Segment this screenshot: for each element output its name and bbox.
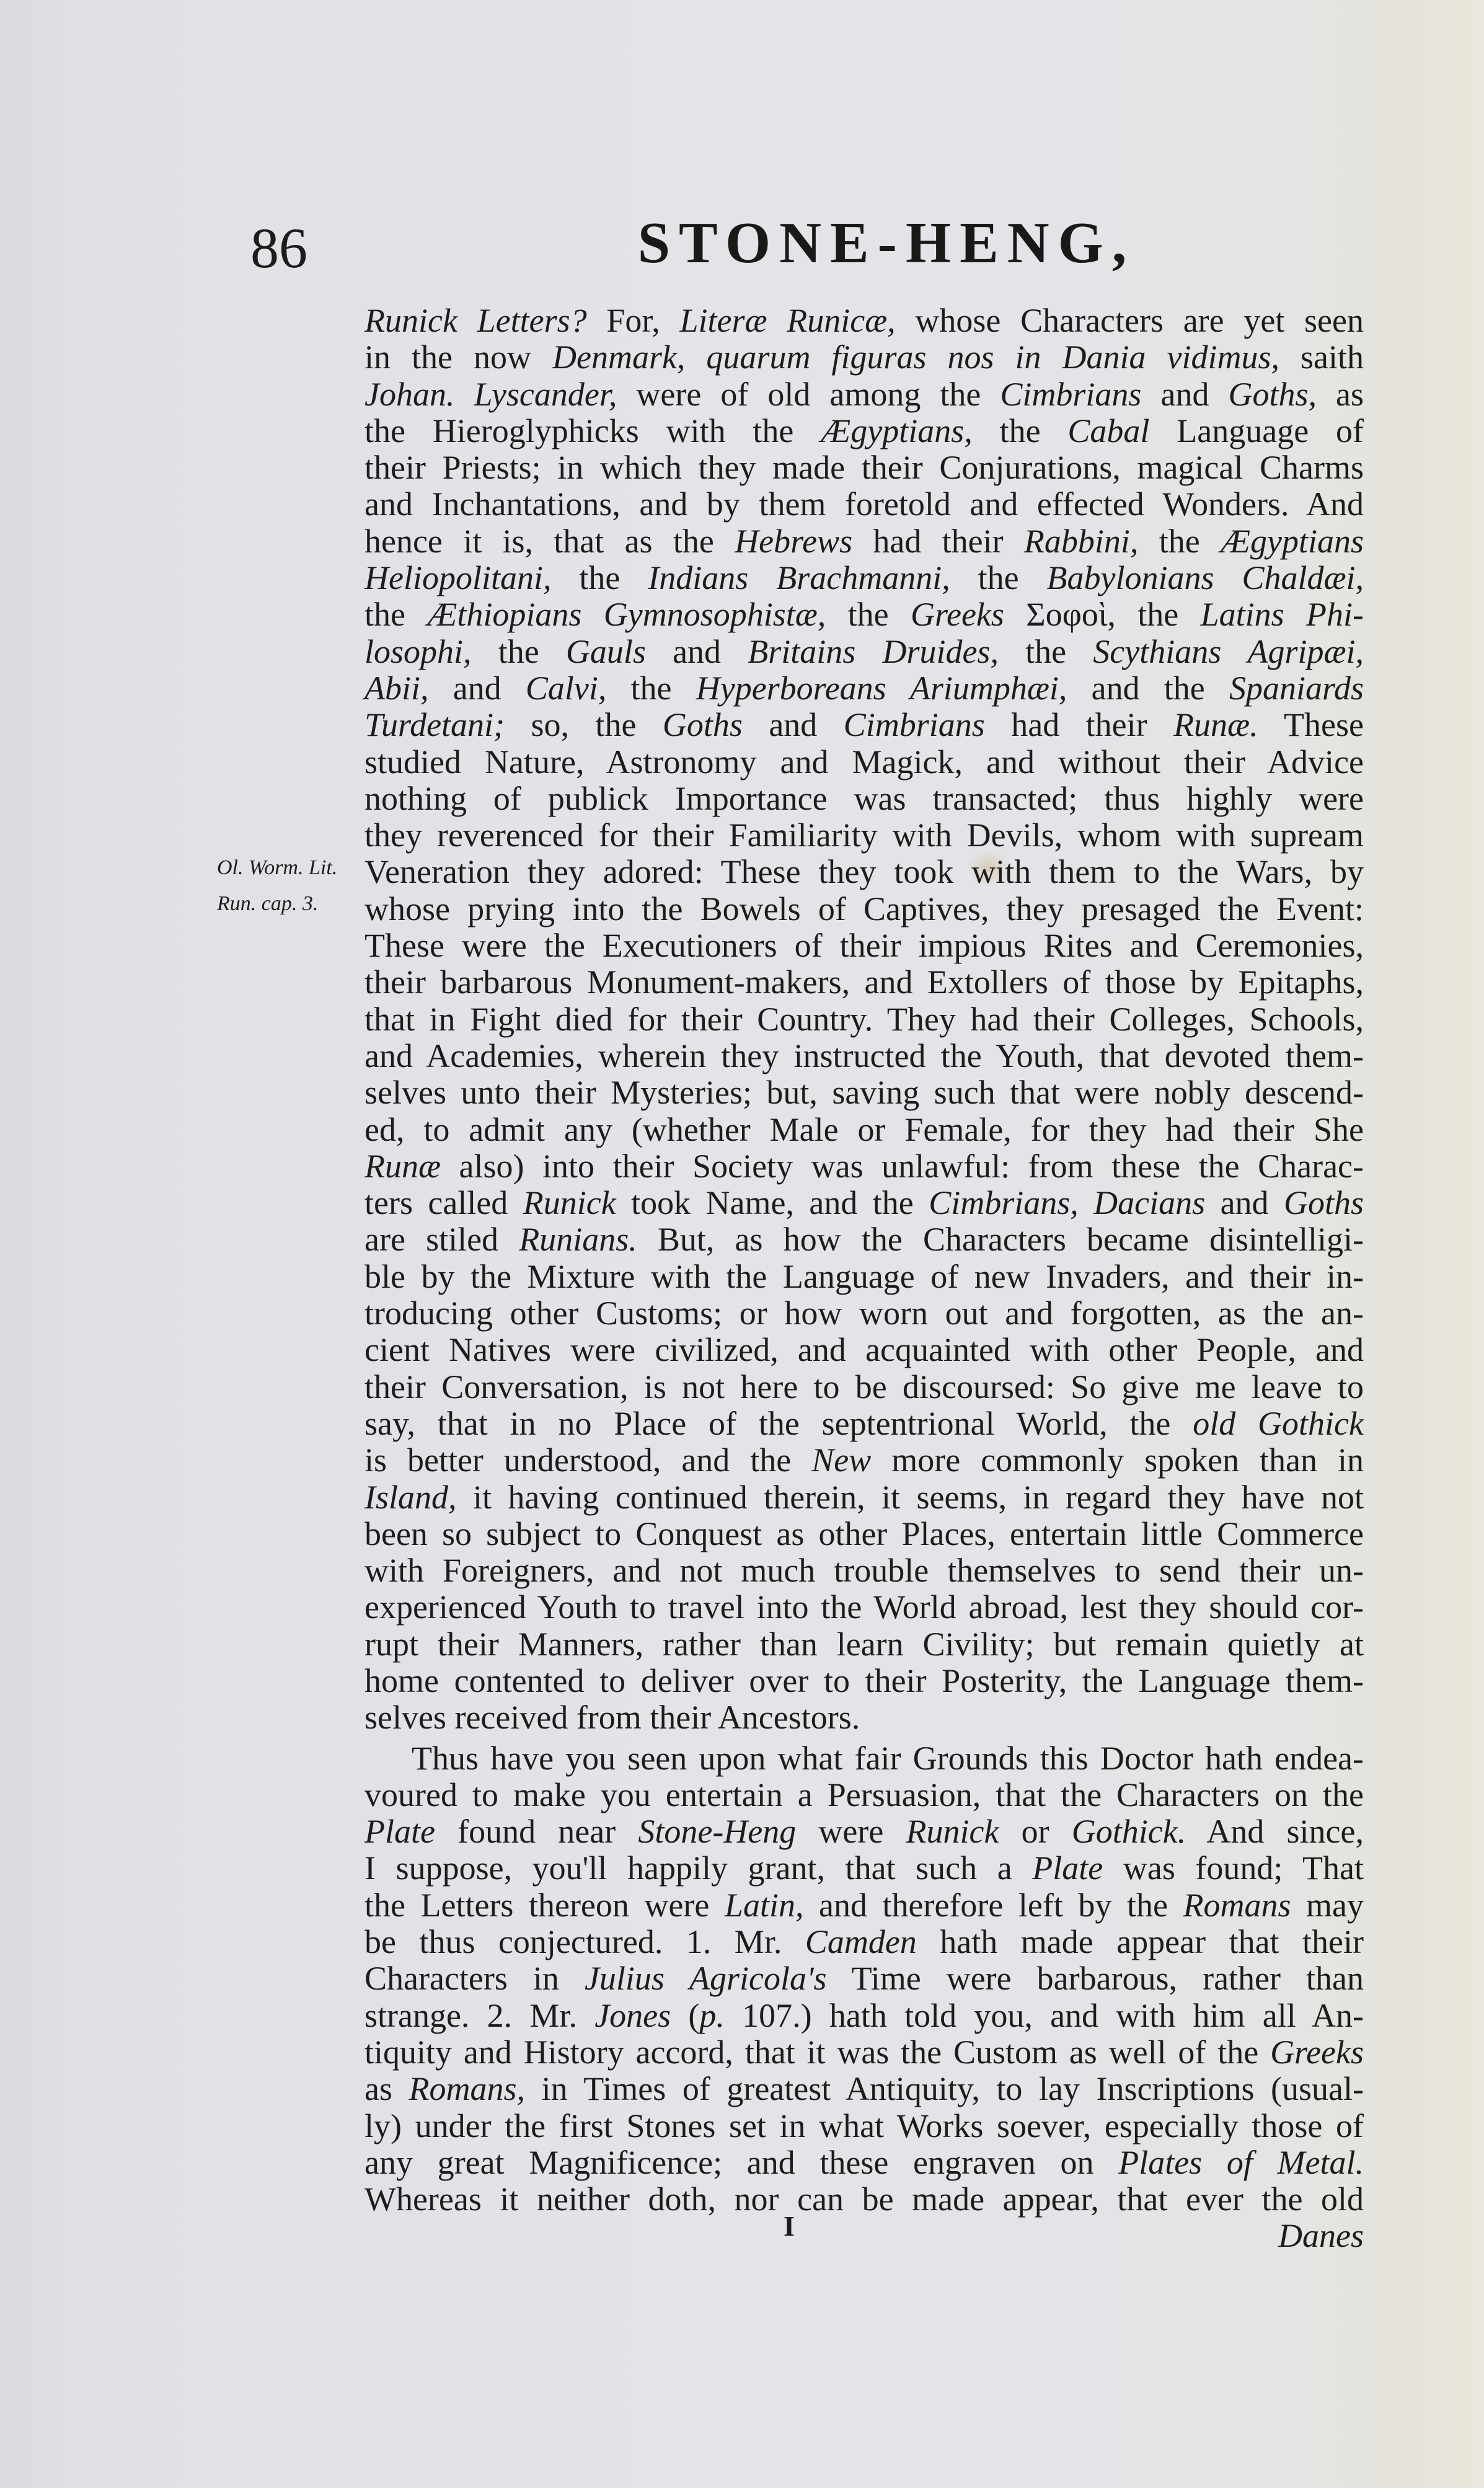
- italic-text: Runæ: [364, 1148, 441, 1185]
- italic-text: Cimbrians, Dacians: [929, 1184, 1205, 1221]
- roman-text: more commonly spoken than in: [871, 1441, 1364, 1479]
- roman-text: the: [551, 559, 648, 596]
- italic-text: Literæ Runicæ,: [679, 302, 895, 339]
- roman-text: I suppose, you'll happily grant, that su…: [364, 1849, 1032, 1887]
- roman-text: their barbarous Monument-makers, and Ext…: [364, 963, 1364, 1001]
- text-line: and Academies, wherein they instructed t…: [364, 1038, 1364, 1074]
- roman-text: Language of: [1149, 412, 1364, 449]
- italic-text: Runick: [523, 1184, 616, 1221]
- italic-text: Runick Letters?: [364, 302, 587, 339]
- italic-text: Plates of Metal.: [1118, 2144, 1364, 2181]
- italic-text: Hyperboreans Ariumphæi,: [696, 670, 1067, 707]
- text-line: they reverenced for their Familiarity wi…: [364, 817, 1364, 854]
- roman-text: Characters in: [364, 1960, 585, 1997]
- roman-text: Whereas it neither doth, nor can be made…: [364, 2180, 1364, 2218]
- text-line: Turdetani; so, the Goths and Cimbrians h…: [364, 707, 1364, 743]
- text-line: is better understood, and the New more c…: [364, 1442, 1364, 1479]
- roman-text: their Conversation, is not here to be di…: [364, 1368, 1364, 1406]
- italic-text: Danes: [1278, 2217, 1364, 2254]
- roman-text: These: [1258, 706, 1364, 743]
- italic-text: Turdetani;: [364, 706, 505, 743]
- roman-text: in the now: [364, 339, 552, 376]
- text-line: voured to make you entertain a Persuasio…: [364, 1777, 1364, 1813]
- roman-text: it having continued therein, it seems, i…: [457, 1479, 1364, 1516]
- text-line: been so subject to Conquest as other Pla…: [364, 1516, 1364, 1552]
- italic-text: Gothick.: [1072, 1813, 1186, 1850]
- text-line: and Inchantations, and by them foretold …: [364, 486, 1364, 523]
- italic-text: Denmark, quarum figuras nos in Dania vid…: [552, 339, 1279, 376]
- text-line: strange. 2. Mr. Jones (p. 107.) hath tol…: [364, 1998, 1364, 2034]
- body-text: Runick Letters? For, Literæ Runicæ, whos…: [364, 303, 1364, 2255]
- roman-text: and: [1141, 376, 1228, 413]
- roman-text: and Academies, wherein they instructed t…: [364, 1037, 1364, 1074]
- roman-text: was found; That: [1103, 1849, 1364, 1887]
- italic-text: Calvi,: [526, 670, 607, 707]
- italic-text: Babylonians Chaldæi,: [1047, 559, 1364, 596]
- roman-text: Thus have you seen upon what fair Ground…: [412, 1740, 1364, 1777]
- text-line: studied Nature, Astronomy and Magick, an…: [364, 744, 1364, 781]
- italic-text: Indians Brachmanni,: [648, 559, 950, 596]
- italic-text: Cabal: [1067, 412, 1149, 449]
- roman-text: be thus conjectured. 1. Mr.: [364, 1923, 805, 1960]
- text-line: tiquity and History accord, that it was …: [364, 2034, 1364, 2071]
- text-line: troducing other Customs; or how worn out…: [364, 1295, 1364, 1332]
- text-line: Heliopolitani, the Indians Brachmanni, t…: [364, 560, 1364, 596]
- text-line: Characters in Julius Agricola's Time wer…: [364, 1960, 1364, 1997]
- text-line: hence it is, that as the Hebrews had the…: [364, 523, 1364, 560]
- italic-text: Plate: [364, 1813, 435, 1850]
- italic-text: Spaniards: [1229, 670, 1364, 707]
- text-line: selves received from their Ancestors.: [364, 1699, 1364, 1736]
- roman-text: their Priests; in which they made their …: [364, 449, 1364, 486]
- running-head: STONE-HENG,: [583, 214, 1190, 272]
- text-line: say, that in no Place of the septentrion…: [364, 1406, 1364, 1442]
- text-line: selves unto their Mysteries; but, saving…: [364, 1074, 1364, 1111]
- roman-text: as: [1317, 376, 1364, 413]
- italic-text: Æthiopians Gymnosophistæ,: [427, 596, 826, 633]
- roman-text: they reverenced for their Familiarity wi…: [364, 817, 1364, 854]
- text-line: the Æthiopians Gymnosophistæ, the Greeks…: [364, 596, 1364, 633]
- text-line: cient Natives were civilized, and acquai…: [364, 1332, 1364, 1368]
- text-line: be thus conjectured. 1. Mr. Camden hath …: [364, 1924, 1364, 1960]
- roman-text: selves unto their Mysteries; but, saving…: [364, 1074, 1364, 1111]
- text-line: Runick Letters? For, Literæ Runicæ, whos…: [364, 303, 1364, 339]
- roman-text: the: [826, 596, 911, 633]
- roman-text: the: [950, 559, 1047, 596]
- italic-text: Goths: [663, 706, 743, 743]
- text-line: any great Magnificence; and these engrav…: [364, 2145, 1364, 2181]
- roman-text: in Times of greatest Antiquity, to lay I…: [525, 2070, 1364, 2107]
- roman-text: were: [796, 1813, 906, 1850]
- italic-text: Ægyptians: [1221, 523, 1364, 560]
- roman-text: home contented to deliver over to their …: [364, 1662, 1364, 1699]
- roman-text: hath made appear that their: [917, 1923, 1364, 1960]
- italic-text: Greeks: [911, 596, 1004, 633]
- text-line: whose prying into the Bowels of Captives…: [364, 891, 1364, 927]
- italic-text: Britains Druides,: [748, 633, 999, 670]
- roman-text: and: [1205, 1184, 1284, 1221]
- roman-text: and: [743, 706, 844, 743]
- text-line: as Romans, in Times of greatest Antiquit…: [364, 2071, 1364, 2107]
- italic-text: p.: [699, 1997, 725, 2034]
- text-line: losophi, the Gauls and Britains Druides,…: [364, 634, 1364, 670]
- text-line: with Foreigners, and not much trouble th…: [364, 1552, 1364, 1589]
- roman-text: cient Natives were civilized, and acquai…: [364, 1331, 1364, 1368]
- roman-text: is better understood, and the: [364, 1441, 811, 1479]
- roman-text: ble by the Mixture with the Language of …: [364, 1258, 1364, 1295]
- roman-text: Σοφοὶ, the: [1004, 596, 1201, 633]
- italic-text: Ægyptians,: [821, 412, 973, 449]
- italic-text: Cimbrians: [844, 706, 985, 743]
- text-line: ed, to admit any (whether Male or Female…: [364, 1112, 1364, 1148]
- text-line: are stiled Runians. But, as how the Char…: [364, 1221, 1364, 1258]
- text-line: Thus have you seen upon what fair Ground…: [364, 1740, 1364, 1777]
- roman-text: took Name, and the: [616, 1184, 929, 1221]
- roman-text: tiquity and History accord, that it was …: [364, 2034, 1270, 2071]
- roman-text: the: [1138, 523, 1221, 560]
- signature-mark: I: [784, 2210, 795, 2242]
- roman-text: as: [364, 2070, 409, 2107]
- page-number: 86: [250, 219, 307, 277]
- italic-text: Stone-Heng: [638, 1813, 796, 1850]
- roman-text: (: [671, 1997, 699, 2034]
- text-line: Plate found near Stone-Heng were Runick …: [364, 1813, 1364, 1850]
- text-line: Abii, and Calvi, the Hyperboreans Ariump…: [364, 670, 1364, 707]
- roman-text: and therefore left by the: [803, 1887, 1183, 1924]
- roman-text: had their: [852, 523, 1024, 560]
- roman-text: the: [364, 596, 427, 633]
- italic-text: Greeks: [1270, 2034, 1364, 2071]
- italic-text: Runians.: [519, 1221, 637, 1258]
- text-line: their Conversation, is not here to be di…: [364, 1369, 1364, 1406]
- roman-text: may: [1291, 1887, 1364, 1924]
- italic-text: Cimbrians: [1000, 376, 1141, 413]
- margin-note-line-2: Run. cap. 3.: [217, 885, 360, 922]
- roman-text: Time were barbarous, rather than: [827, 1960, 1364, 1997]
- italic-text: Latin,: [725, 1887, 804, 1924]
- roman-text: voured to make you entertain a Persuasio…: [364, 1776, 1364, 1813]
- roman-text: and: [429, 670, 526, 707]
- italic-text: Romans: [1183, 1887, 1291, 1924]
- italic-text: Gauls: [566, 633, 646, 670]
- roman-text: been so subject to Conquest as other Pla…: [364, 1515, 1364, 1552]
- text-line: Island, it having continued therein, it …: [364, 1479, 1364, 1516]
- margin-note-line-1: Ol. Worm. Lit.: [217, 849, 360, 886]
- roman-text: and Inchantations, and by them foretold …: [364, 485, 1364, 523]
- roman-text: ed, to admit any (whether Male or Female…: [364, 1111, 1364, 1148]
- italic-text: Romans,: [409, 2070, 526, 2107]
- roman-text: ters called: [364, 1184, 523, 1221]
- text-line: Whereas it neither doth, nor can be made…: [364, 2181, 1364, 2218]
- roman-text: the: [999, 633, 1093, 670]
- roman-text: For,: [587, 302, 680, 339]
- roman-text: so, the: [505, 706, 663, 743]
- roman-text: the Letters thereon were: [364, 1887, 725, 1924]
- roman-text: whose Characters are yet seen: [896, 302, 1364, 339]
- roman-text: troducing other Customs; or how worn out…: [364, 1295, 1364, 1332]
- roman-text: rupt their Manners, rather than learn Ci…: [364, 1626, 1364, 1663]
- italic-text: Scythians Agripæi,: [1093, 633, 1364, 670]
- text-line: home contented to deliver over to their …: [364, 1663, 1364, 1699]
- italic-text: Goths: [1284, 1184, 1364, 1221]
- italic-text: losophi,: [364, 633, 472, 670]
- italic-text: Runæ.: [1173, 706, 1258, 743]
- roman-text: 107.) hath told you, and with him all An…: [725, 1997, 1364, 2034]
- italic-text: Runick: [906, 1813, 999, 1850]
- italic-text: old Gothick: [1193, 1405, 1364, 1442]
- italic-text: Heliopolitani,: [364, 559, 551, 596]
- roman-text: were of old among the: [617, 376, 1000, 413]
- roman-text: also) into their Society was unlawful: f…: [441, 1148, 1364, 1185]
- text-line: nothing of publick Importance was transa…: [364, 781, 1364, 817]
- italic-text: Johan. Lyscander,: [364, 376, 617, 413]
- roman-text: whose prying into the Bowels of Captives…: [364, 890, 1364, 927]
- text-line: rupt their Manners, rather than learn Ci…: [364, 1626, 1364, 1663]
- text-line: the Hieroglyphicks with the Ægyptians, t…: [364, 413, 1364, 449]
- text-line: ters called Runick took Name, and the Ci…: [364, 1185, 1364, 1221]
- roman-text: and: [646, 633, 748, 670]
- roman-text: experienced Youth to travel into the Wor…: [364, 1588, 1364, 1626]
- roman-text: strange. 2. Mr.: [364, 1997, 594, 2034]
- italic-text: Latins Phi-: [1201, 596, 1364, 633]
- text-line: Johan. Lyscander, were of old among the …: [364, 376, 1364, 413]
- roman-text: hence it is, that as the: [364, 523, 735, 560]
- text-line: experienced Youth to travel into the Wor…: [364, 1589, 1364, 1626]
- roman-text: But, as how the Characters became disint…: [637, 1221, 1364, 1258]
- text-line: Veneration they adored: These they took …: [364, 854, 1364, 890]
- text-line: in the now Denmark, quarum figuras nos i…: [364, 339, 1364, 376]
- roman-text: say, that in no Place of the septentrion…: [364, 1405, 1193, 1442]
- text-line: These were the Executioners of their imp…: [364, 927, 1364, 964]
- text-line: I suppose, you'll happily grant, that su…: [364, 1850, 1364, 1887]
- roman-text: the: [973, 412, 1068, 449]
- italic-text: Goths,: [1228, 376, 1317, 413]
- roman-text: any great Magnificence; and these engrav…: [364, 2144, 1118, 2181]
- roman-text: These were the Executioners of their imp…: [364, 927, 1364, 964]
- text-line: ly) under the first Stones set in what W…: [364, 2108, 1364, 2145]
- text-line: that in Fight died for their Country. Th…: [364, 1001, 1364, 1038]
- italic-text: Camden: [805, 1923, 917, 1960]
- roman-text: And since,: [1186, 1813, 1364, 1850]
- italic-text: Julius Agricola's: [585, 1960, 827, 1997]
- text-line: their barbarous Monument-makers, and Ext…: [364, 964, 1364, 1001]
- italic-text: New: [811, 1441, 871, 1479]
- text-line: the Letters thereon were Latin, and ther…: [364, 1887, 1364, 1924]
- roman-text: saith: [1279, 339, 1364, 376]
- roman-text: are stiled: [364, 1221, 519, 1258]
- roman-text: and the: [1067, 670, 1229, 707]
- roman-text: with Foreigners, and not much trouble th…: [364, 1552, 1364, 1589]
- roman-text: ly) under the first Stones set in what W…: [364, 2107, 1364, 2145]
- roman-text: had their: [985, 706, 1173, 743]
- italic-text: Hebrews: [735, 523, 852, 560]
- text-line: Danes: [364, 2218, 1364, 2254]
- roman-text: nothing of publick Importance was transa…: [364, 780, 1364, 817]
- roman-text: or: [999, 1813, 1071, 1850]
- text-line: Runæ also) into their Society was unlawf…: [364, 1148, 1364, 1185]
- roman-text: that in Fight died for their Country. Th…: [364, 1001, 1364, 1038]
- roman-text: studied Nature, Astronomy and Magick, an…: [364, 743, 1364, 781]
- text-line: ble by the Mixture with the Language of …: [364, 1259, 1364, 1295]
- text-line: their Priests; in which they made their …: [364, 449, 1364, 486]
- roman-text: selves received from their Ancestors.: [364, 1699, 860, 1736]
- roman-text: Veneration they adored: These they took …: [364, 853, 1364, 890]
- italic-text: Plate: [1032, 1849, 1103, 1887]
- roman-text: the Hieroglyphicks with the: [364, 412, 821, 449]
- italic-text: Rabbini,: [1024, 523, 1139, 560]
- roman-text: the: [606, 670, 696, 707]
- roman-text: the: [472, 633, 566, 670]
- italic-text: Jones: [594, 1997, 671, 2034]
- italic-text: Island,: [364, 1479, 457, 1516]
- roman-text: found near: [435, 1813, 638, 1850]
- italic-text: Abii,: [364, 670, 429, 707]
